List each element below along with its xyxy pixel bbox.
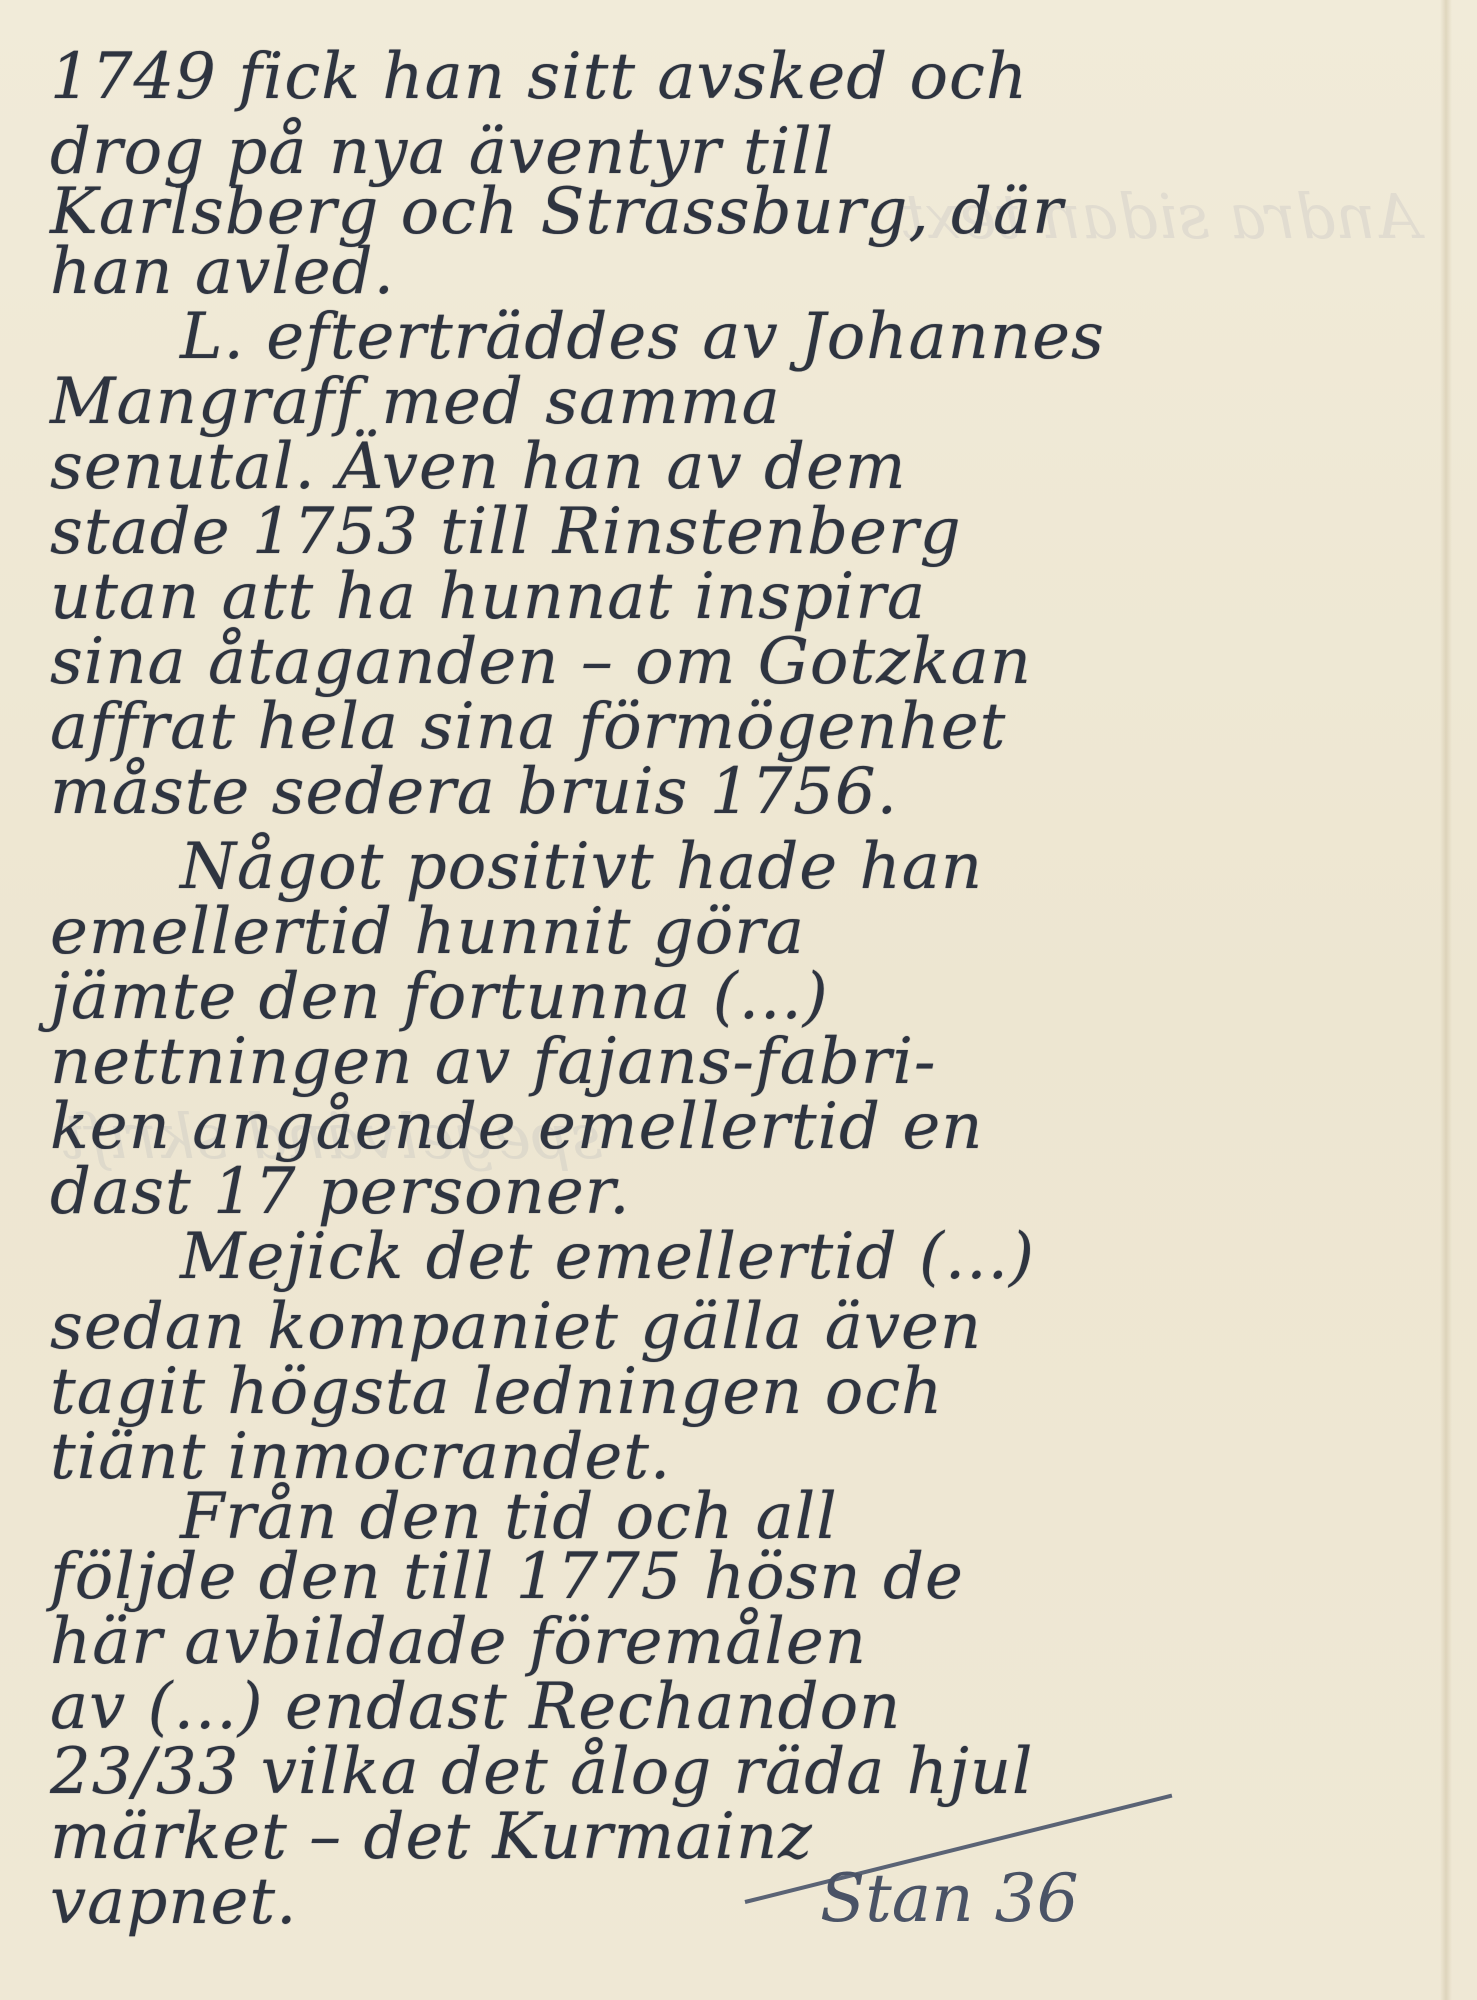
manuscript-line: Mejick det emellertid (...) (180, 1220, 1035, 1294)
line-text: utan att ha hunnat inspira (50, 560, 926, 634)
manuscript-line: 1749 fick han sitt avsked och (50, 40, 1028, 114)
manuscript-line: dast 17 personer. (50, 1155, 631, 1229)
line-text: följde den till 1775 hösn de (50, 1540, 964, 1614)
line-text: L. efterträddes av Johannes (180, 300, 1105, 374)
line-text: Något positivt hade han (180, 830, 983, 904)
line-text: stade 1753 till Rinstenberg (50, 495, 962, 569)
line-text: sina åtaganden – om Gotzkan (50, 625, 1032, 699)
manuscript-line: Mangraff med samma (50, 365, 781, 439)
manuscript-line: tagit högsta ledningen och (50, 1355, 943, 1429)
manuscript-line: måste sedera bruis 1756. (50, 755, 898, 829)
line-text: senutal. Även han av dem (50, 430, 907, 504)
line-text: jämte den fortunna (...) (50, 960, 829, 1034)
manuscript-line: av (...) endast Rechandon (50, 1670, 901, 1744)
manuscript-line: sedan kompaniet gälla även (50, 1290, 982, 1364)
manuscript-line: följde den till 1775 hösn de (50, 1540, 964, 1614)
manuscript-line: Något positivt hade han (180, 830, 983, 904)
line-text: tagit högsta ledningen och (50, 1355, 943, 1429)
manuscript-page: Andra sidan text spegelvänd skrift 1749 … (0, 0, 1477, 2000)
line-text: affrat hela sina förmögenhet (50, 690, 1006, 764)
line-text: sedan kompaniet gälla även (50, 1290, 982, 1364)
line-text: här avbildade föremålen (50, 1605, 867, 1679)
line-text: nettningen av fajans-fabri- (50, 1025, 937, 1099)
line-text: 23/33 vilka det ålog räda hjul (50, 1735, 1034, 1809)
line-text: ken angående emellertid en (50, 1090, 983, 1164)
manuscript-line: vapnet. (50, 1865, 297, 1939)
line-text: Mejick det emellertid (...) (180, 1220, 1035, 1294)
manuscript-line: emellertid hunnit göra (50, 895, 805, 969)
signature: Stan 36 (820, 1860, 1079, 1937)
line-text: emellertid hunnit göra (50, 895, 805, 969)
manuscript-line: nettningen av fajans-fabri- (50, 1025, 937, 1099)
line-text: vapnet. (50, 1865, 297, 1939)
manuscript-line: här avbildade föremålen (50, 1605, 867, 1679)
line-text: Mangraff med samma (50, 365, 781, 439)
manuscript-line: han avled. (50, 235, 395, 309)
line-text: måste sedera bruis 1756. (50, 755, 898, 829)
manuscript-line: senutal. Även han av dem (50, 430, 907, 504)
manuscript-line: stade 1753 till Rinstenberg (50, 495, 962, 569)
manuscript-line: utan att ha hunnat inspira (50, 560, 926, 634)
manuscript-line: jämte den fortunna (...) (50, 960, 829, 1034)
line-text: han avled. (50, 235, 395, 309)
manuscript-line: affrat hela sina förmögenhet (50, 690, 1006, 764)
line-text: märket – det Kurmainz (50, 1800, 813, 1874)
manuscript-line: L. efterträddes av Johannes (180, 300, 1105, 374)
manuscript-line: ken angående emellertid en (50, 1090, 983, 1164)
manuscript-line: sina åtaganden – om Gotzkan (50, 625, 1032, 699)
line-text: dast 17 personer. (50, 1155, 631, 1229)
manuscript-line: 23/33 vilka det ålog räda hjul (50, 1735, 1034, 1809)
line-text: av (...) endast Rechandon (50, 1670, 901, 1744)
manuscript-line: märket – det Kurmainz (50, 1800, 813, 1874)
line-text: 1749 fick han sitt avsked och (50, 40, 1028, 114)
